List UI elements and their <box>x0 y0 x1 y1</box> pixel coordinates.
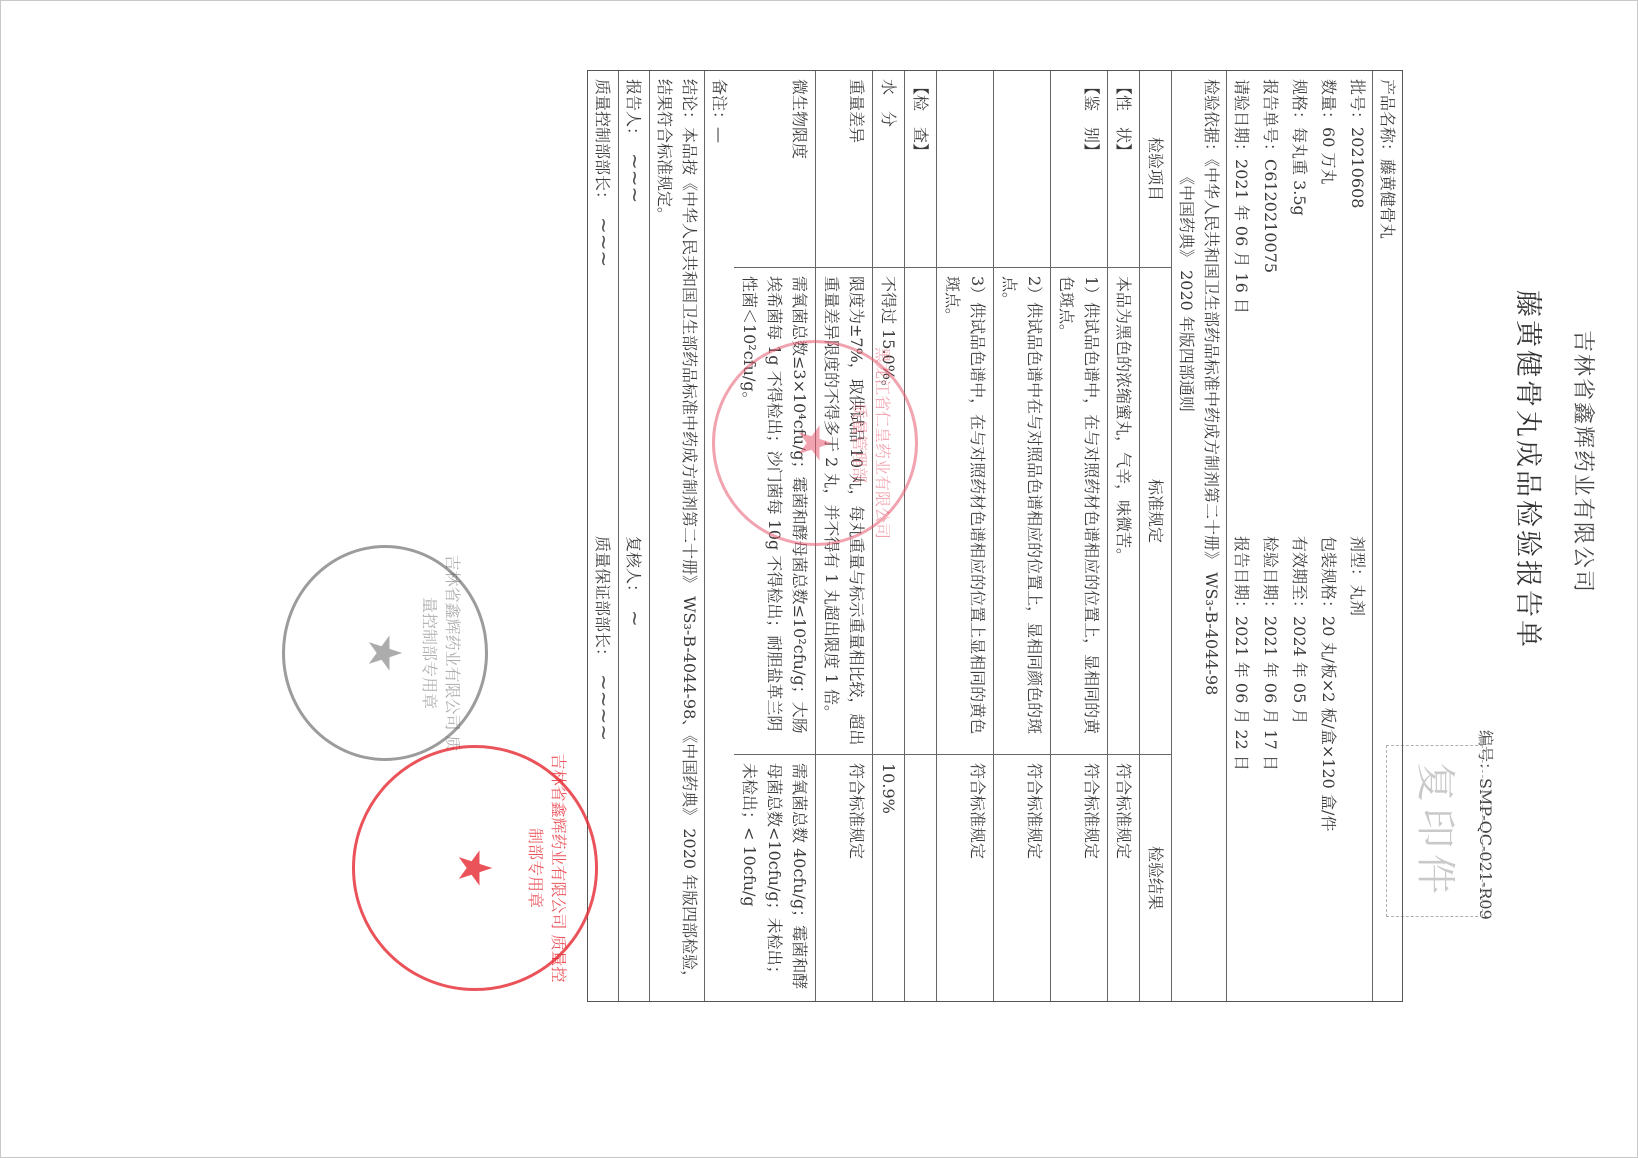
test-date: 检验日期：2021 年 06 月 17 日 <box>1258 536 1283 993</box>
cell-item <box>937 71 993 268</box>
cell-standard: 2）供试品色谱中在与对照品色谱相应的位置上，显相同颜色的斑点。 <box>994 268 1050 755</box>
table-row: 2）供试品色谱中在与对照品色谱相应的位置上，显相同颜色的斑点。符合标准规定 <box>993 71 1050 1001</box>
packaging: 包装规格：20 丸/板×2 板/盒×120 盒/件 <box>1316 536 1341 993</box>
qa-head-signature: ~~~~ <box>592 674 616 741</box>
qc-head-signature: ~~~ <box>592 217 616 267</box>
table-row: 3）供试品色谱中，在与对照药材色谱相应的位置上显相同的黄色斑点。符合标准规定 <box>936 71 993 1001</box>
report-title: 藤黄健骨丸成品检验报告单 <box>1511 290 1550 650</box>
info-product-name: 产品名称：藤黄健骨丸 <box>1372 71 1402 1001</box>
cell-item: 【性 状】 <box>1108 71 1139 268</box>
cell-standard: 本品为黑色的浓缩蜜丸，气辛，味微苦。 <box>1108 268 1139 755</box>
expiry: 有效期至：2024 年 05 月 <box>1287 536 1312 993</box>
cell-result: 10.9% <box>873 755 904 1001</box>
table-row: 【鉴 别】1）供试品色谱中，在与对照药材色谱相应的位置上，显相同的黄色斑点。符合… <box>1050 71 1107 1001</box>
cell-standard: 1）供试品色谱中，在与对照药材色谱相应的位置上，显相同的黄色斑点。 <box>1051 268 1107 755</box>
remarks: 备注：— <box>704 71 734 1001</box>
cell-result <box>905 755 936 1001</box>
cell-item <box>994 71 1050 268</box>
report-table: 产品名称：藤黄健骨丸 批号：20210608 剂型：丸剂 数量：60 万丸 包装… <box>587 70 1403 1002</box>
cell-standard <box>905 268 936 755</box>
specification: 规格：每丸重 3.5g <box>1287 79 1312 536</box>
quantity: 数量：60 万丸 <box>1316 79 1341 536</box>
report-no: 报告单号：C6120210075 <box>1258 79 1283 536</box>
table-header: 检验项目 标准规定 检验结果 <box>1139 71 1171 1001</box>
batch-no: 批号：20210608 <box>1345 79 1370 536</box>
gray-seal: ★吉林省鑫辉药业有限公司 质量控制部专用章 <box>282 545 488 761</box>
report-date: 报告日期：2021 年 06 月 22 日 <box>1229 536 1254 993</box>
reviewer-signature: ~ <box>623 610 647 627</box>
cell-item: 【鉴 别】 <box>1051 71 1107 268</box>
cell-result: 符合标准规定 <box>1051 755 1107 1001</box>
test-basis: 检验依据：《中华人民共和国卫生部药品标准中药成方制剂第二十册》 WS₃-B-40… <box>1171 71 1226 1001</box>
cell-result: 符合标准规定 <box>937 755 993 1001</box>
cell-result: 符合标准规定 <box>816 755 872 1001</box>
request-date: 请验日期：2021 年 06 月 16 日 <box>1229 79 1254 536</box>
cell-result: 符合标准规定 <box>994 755 1050 1001</box>
signature-row-1: 报告人：~~~ 复核人：~ <box>618 71 649 1001</box>
cell-item: 重量差异 <box>816 71 872 268</box>
dosage-form: 剂型：丸剂 <box>1345 536 1370 993</box>
red-seal-2: ★吉林省鑫辉药业有限公司 质量控制部专用章 <box>352 745 598 991</box>
red-seal-1: ★黑龙江省仁皇药业有限公司 质量管理部 <box>712 340 918 546</box>
rotated-document: 吉林省鑫辉药业有限公司 藤黄健骨丸成品检验报告单 编号：SMP-QC-021-R… <box>0 0 1638 1158</box>
cell-standard: 3）供试品色谱中，在与对照药材色谱相应的位置上显相同的黄色斑点。 <box>937 268 993 755</box>
cell-item: 水 分 <box>873 71 904 268</box>
info-block: 批号：20210608 剂型：丸剂 数量：60 万丸 包装规格：20 丸/板×2… <box>1226 71 1372 1001</box>
cell-item: 【检 查】 <box>905 71 936 268</box>
table-row: 【性 状】本品为黑色的浓缩蜜丸，气辛，味微苦。符合标准规定 <box>1107 71 1139 1001</box>
company-name: 吉林省鑫辉药业有限公司 <box>1569 330 1600 594</box>
cell-item: 微生物限度 <box>734 71 815 268</box>
table-row: 【检 查】 <box>904 71 936 1001</box>
cell-result: 符合标准规定 <box>1108 755 1139 1001</box>
cell-result: 需氧菌总数 40cfu/g；霉菌和酵母菌总数<10cfu/g；未检出；未检出；<… <box>734 755 815 1001</box>
reporter-signature: ~~~ <box>623 153 647 203</box>
conclusion: 结论：本品按《中华人民共和国卫生部药品标准中药成方制剂第二十册》 WS₃-B-4… <box>649 71 704 1001</box>
